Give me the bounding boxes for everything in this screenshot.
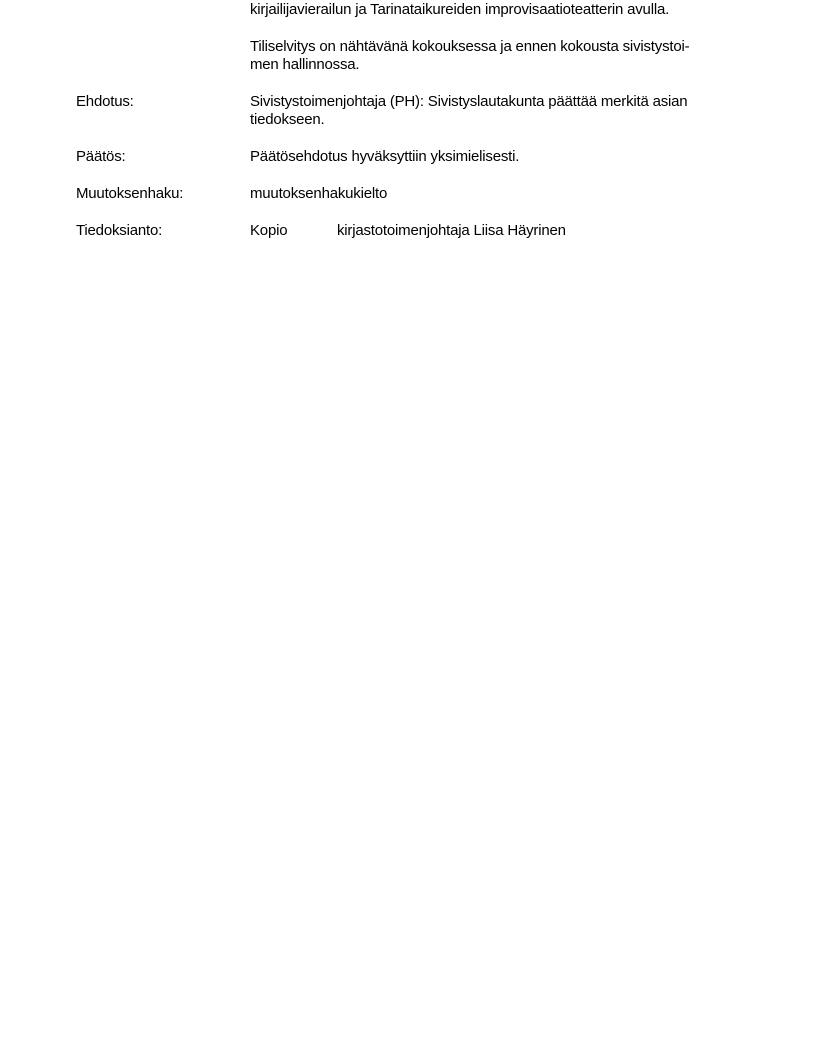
accounting-note-line-2: men hallinnossa. <box>250 56 359 73</box>
copy-label: Kopio <box>250 222 287 239</box>
decision-label: Päätös: <box>76 148 125 165</box>
appeal-text: muutoksenhakukielto <box>250 185 387 202</box>
proposal-label: Ehdotus: <box>76 93 134 110</box>
proposal-text-line-2: tiedokseen. <box>250 111 325 128</box>
accounting-note-line-1: Tiliselvitys on nähtävänä kokouksessa ja… <box>250 38 689 55</box>
copy-recipient: kirjastotoimenjohtaja Liisa Häyrinen <box>337 222 566 239</box>
notification-label: Tiedoksianto: <box>76 222 162 239</box>
proposal-text-line-1: Sivistystoimenjohtaja (PH): Sivistyslaut… <box>250 93 687 110</box>
appeal-label: Muutoksenhaku: <box>76 185 183 202</box>
decision-text: Päätösehdotus hyväksyttiin yksimielisest… <box>250 148 519 165</box>
continued-paragraph-line-1: kirjailijavierailun ja Tarinataikureiden… <box>250 1 669 18</box>
